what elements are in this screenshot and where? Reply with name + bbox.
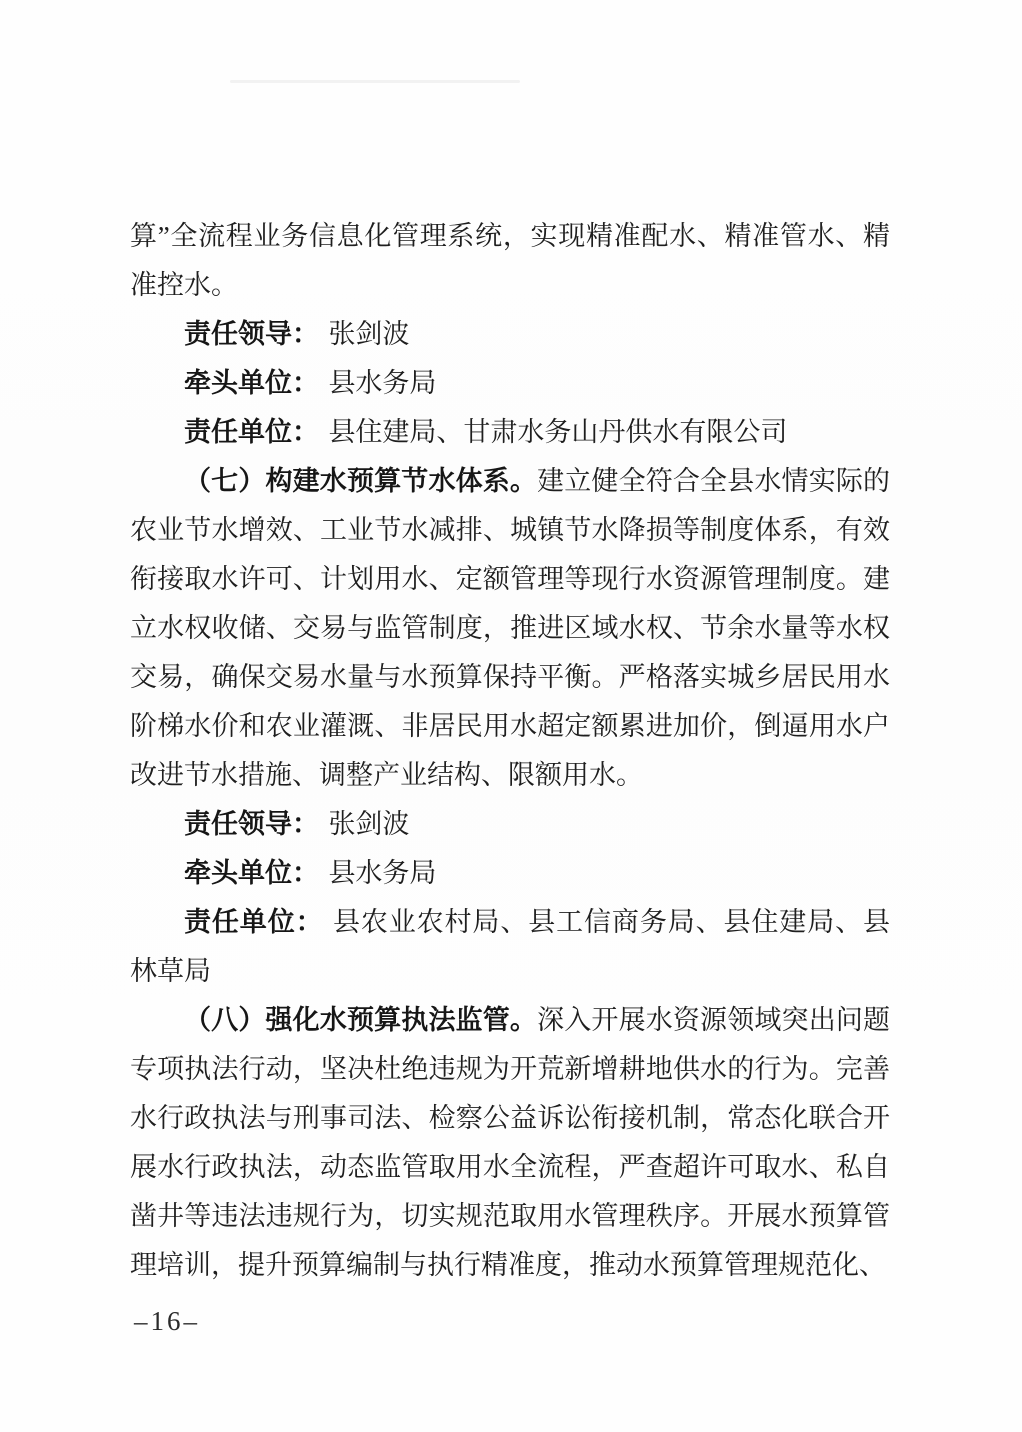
lead-unit-label: 牵头单位： [184, 858, 328, 888]
responsible-leader-label: 责任领导： [184, 319, 328, 349]
page-number: –16– [134, 1306, 200, 1337]
lead-unit-value: 县水务局 [328, 858, 436, 888]
scan-artifact [230, 80, 520, 83]
document-page: 算”全流程业务信息化管理系统，实现精准配水、精准管水、精准控水。 责任领导：张剑… [0, 212, 1022, 1290]
section-8-heading: （八）强化水预算执法监管。 [184, 1005, 537, 1035]
section-7-body: 建立健全符合全县水情实际的农业节水增效、工业节水减排、城镇节水降损等制度体系，有… [130, 466, 890, 790]
lead-unit-label: 牵头单位： [184, 368, 328, 398]
responsible-leader-value: 张剑波 [328, 319, 409, 349]
responsible-leader-value: 张剑波 [328, 809, 409, 839]
responsible-unit-value: 县住建局、甘肃水务山丹供水有限公司 [328, 417, 787, 447]
lead-unit-value: 县水务局 [328, 368, 436, 398]
section-8-body: 深入开展水资源领域突出问题专项执法行动，坚决杜绝违规为开荒新增耕地供水的行为。完… [130, 1005, 890, 1280]
section-7-heading: （七）构建水预算节水体系。 [184, 466, 537, 496]
responsible-leader-line: 责任领导：张剑波 [130, 310, 890, 359]
responsible-leader-line: 责任领导：张剑波 [130, 800, 890, 849]
responsible-leader-label: 责任领导： [184, 809, 328, 839]
responsible-unit-line: 责任单位：县住建局、甘肃水务山丹供水有限公司 [130, 408, 890, 457]
responsible-unit-label: 责任单位： [184, 417, 328, 447]
section-8-paragraph: （八）强化水预算执法监管。深入开展水资源领域突出问题专项执法行动，坚决杜绝违规为… [130, 996, 890, 1290]
responsible-unit-line: 责任单位：县农业农村局、县工信商务局、县住建局、县林草局 [130, 898, 890, 996]
lead-unit-line: 牵头单位：县水务局 [130, 849, 890, 898]
responsible-unit-label: 责任单位： [184, 907, 333, 937]
body-text: 算”全流程业务信息化管理系统，实现精准配水、精准管水、精准控水。 [130, 221, 890, 300]
paragraph-continuation: 算”全流程业务信息化管理系统，实现精准配水、精准管水、精准控水。 [130, 212, 890, 310]
lead-unit-line: 牵头单位：县水务局 [130, 359, 890, 408]
section-7-paragraph: （七）构建水预算节水体系。建立健全符合全县水情实际的农业节水增效、工业节水减排、… [130, 457, 890, 800]
